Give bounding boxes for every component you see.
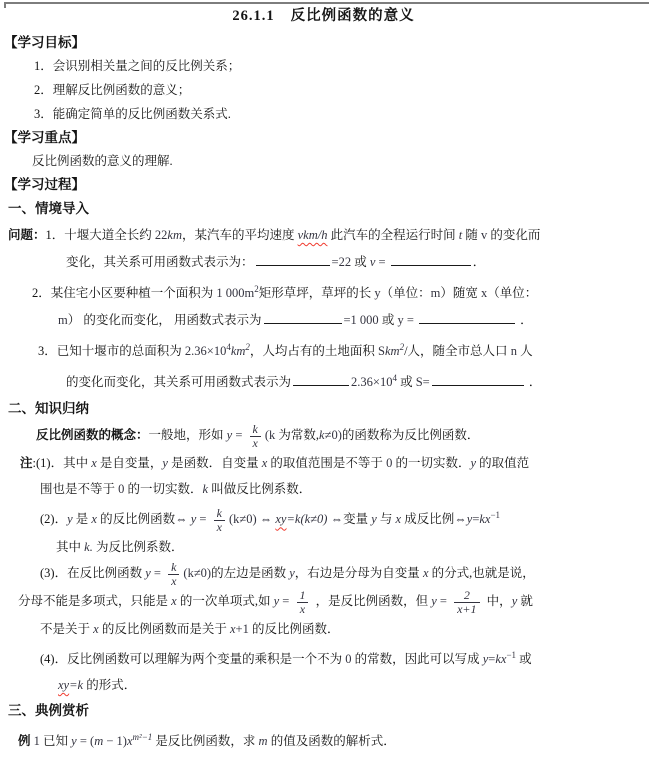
text-segment: kx bbox=[479, 512, 490, 526]
text-segment: S bbox=[378, 344, 385, 358]
text-line: (2)．y 是 x 的反比例函数⇔ y = kx(k≠0) ⇔ xy=k(k≠0… bbox=[2, 502, 645, 534]
text-segment: 或 bbox=[351, 255, 370, 269]
text-segment: 矩形草坪，草坪的长 bbox=[259, 286, 375, 300]
text-segment: (4)．反比例函数可以理解为两个变量的乘积是一个不为 bbox=[40, 652, 345, 666]
text-line: 的变化而变化，其关系可用函数式表示为2.36×104 或 S= ． bbox=[2, 364, 645, 396]
fill-in-blank bbox=[293, 372, 349, 386]
text-line: (3)．在反比例函数 y = kx(k≠0)的左边是函数 y，右边是分母为自变量… bbox=[2, 560, 645, 588]
text-segment: 随 bbox=[462, 228, 481, 242]
text-segment: 的变化而变化，其关系可用函数式表示为 bbox=[66, 375, 291, 389]
text-segment: =k bbox=[69, 678, 83, 692]
fill-in-blank bbox=[419, 310, 515, 324]
text-segment: 注 bbox=[20, 456, 33, 470]
text-segment: :(1)．其中 bbox=[33, 456, 92, 470]
text-segment: ，人均占有的土地面积 bbox=[250, 344, 378, 358]
text-segment: 的值及函数的解析式． bbox=[268, 734, 396, 748]
text-segment: 的取值范围是不等于 bbox=[267, 456, 386, 470]
text-segment: km bbox=[231, 344, 246, 358]
text-segment: 分母不能是多项式，只能是 bbox=[18, 594, 171, 608]
text-segment: km bbox=[167, 228, 182, 242]
text-segment: 1．会识别相关量之间的反比例关系； bbox=[34, 59, 240, 73]
text-segment: 的形式． bbox=[83, 678, 136, 692]
text-line: 3．能确定简单的反比例函数关系式. bbox=[2, 102, 645, 126]
text-segment: 的取值范 bbox=[476, 456, 529, 470]
text-segment: 反比例函数的意义的理解. bbox=[32, 154, 173, 168]
text-segment: 的常数，因此可以写成 bbox=[351, 652, 482, 666]
text-segment: 例 bbox=[18, 734, 31, 748]
text-segment: 一、情境导入 bbox=[8, 201, 89, 216]
text-segment: 的反比例函数而是关于 bbox=[99, 622, 230, 636]
fraction-numerator: k bbox=[214, 507, 225, 520]
page-title-number: 26.1.1 bbox=[232, 8, 274, 24]
text-segment: 2.36×10 bbox=[351, 375, 392, 389]
text-segment: 1 bbox=[31, 734, 44, 748]
text-segment: 的一次单项式,如 bbox=[177, 594, 274, 608]
text-segment: 已知 bbox=[43, 734, 71, 748]
text-line: 【学习目标】 bbox=[2, 31, 645, 54]
text-segment: =22 bbox=[332, 255, 352, 269]
text-segment: (k≠0) bbox=[229, 512, 260, 526]
text-segment: 的函数称为反比例函数． bbox=[342, 428, 480, 442]
fraction-denominator: x bbox=[214, 520, 225, 534]
document-page: 26.1.1反比例函数的意义 【学习目标】1．会识别相关量之间的反比例关系；2．… bbox=[0, 0, 649, 754]
text-segment: 就 bbox=[517, 594, 533, 608]
math-superscript: m²−1 bbox=[133, 732, 153, 742]
text-segment: 1 000 bbox=[216, 286, 244, 300]
text-segment: 2．某住宅小区要种植一个面积为 bbox=[32, 286, 216, 300]
text-segment: 为常数, bbox=[275, 428, 319, 442]
text-line: 1．会识别相关量之间的反比例关系； bbox=[2, 54, 645, 78]
text-segment: 或 bbox=[397, 375, 416, 389]
text-segment: (k≠0) bbox=[183, 566, 211, 580]
text-segment: k. bbox=[84, 540, 93, 554]
text-line: 不是关于 x 的反比例函数而是关于 x+1 的反比例函数． bbox=[2, 616, 645, 642]
text-line: 2．某住宅小区要种植一个面积为 1 000m2矩形草坪，草坪的长 y（单位：m）… bbox=[2, 276, 645, 306]
text-line: 反比例函数的意义的理解. bbox=[2, 149, 645, 173]
text-segment: 的一切实数． bbox=[392, 456, 470, 470]
document-body: 【学习目标】1．会识别相关量之间的反比例关系；2．理解反比例函数的意义；3．能确… bbox=[2, 31, 645, 754]
text-segment: 2．理解反比例函数的意义； bbox=[34, 83, 190, 97]
fill-in-blank bbox=[264, 310, 342, 324]
text-segment: 【学习过程】 bbox=[4, 177, 85, 192]
text-segment: （单位： bbox=[487, 286, 537, 300]
text-line: 一、情境导入 bbox=[2, 196, 645, 222]
text-line: 变化，其关系可用函数式表示为：=22 或 v = ． bbox=[2, 248, 645, 276]
text-segment: ⇔ bbox=[454, 512, 467, 526]
spellcheck-squiggle-text: xy bbox=[58, 678, 69, 692]
text-segment: S= bbox=[416, 375, 430, 389]
text-segment: m bbox=[94, 734, 103, 748]
text-segment: 人 bbox=[517, 344, 533, 358]
text-segment: 是函数．自变量 bbox=[168, 456, 262, 470]
text-segment: 的一切实数． bbox=[124, 482, 202, 496]
text-line: m） 的变化而变化， 用函数式表示为=1 000 或 y = ． bbox=[2, 306, 645, 334]
text-line: 例 1 已知 y = (m − 1)xm²−1 是反比例函数，求 m 的值及函数… bbox=[2, 724, 645, 754]
text-segment: 与 bbox=[377, 512, 396, 526]
text-segment: 是自变量， bbox=[97, 456, 163, 470]
text-line: 【学习重点】 bbox=[2, 126, 645, 149]
text-line: 问题：1．十堰大道全长约 22km，某汽车的平均速度 vkm/h 此汽车的全程运… bbox=[2, 222, 645, 248]
text-segment: 22 bbox=[155, 228, 168, 242]
text-segment: （单位： bbox=[381, 286, 431, 300]
text-line: 围也是不等于 0 的一切实数．k 叫做反比例系数． bbox=[2, 476, 645, 502]
text-segment: ⇔ bbox=[260, 512, 276, 526]
math-fraction: 2x+1 bbox=[454, 589, 479, 616]
text-segment: ． bbox=[526, 375, 542, 389]
spellcheck-squiggle-text: vkm/h bbox=[298, 228, 328, 242]
math-fraction: kx bbox=[168, 561, 179, 588]
text-segment: (k bbox=[265, 428, 275, 442]
text-segment: ） 的变化而变化， 用函数式表示为 bbox=[68, 313, 262, 327]
text-segment: kx bbox=[495, 652, 506, 666]
text-segment: +1 bbox=[236, 622, 249, 636]
text-segment: 成反比例 bbox=[401, 512, 454, 526]
text-segment: (2)． bbox=[40, 512, 67, 526]
spellcheck-squiggle-text: xy bbox=[275, 512, 286, 526]
fill-in-blank bbox=[391, 252, 471, 266]
text-segment: 【学习重点】 bbox=[4, 130, 85, 145]
text-segment: 中， bbox=[484, 594, 512, 608]
text-segment: =1 000 bbox=[344, 313, 379, 327]
text-segment: 是 bbox=[73, 512, 92, 526]
text-segment: = bbox=[232, 428, 245, 442]
text-segment: 的反比例函数 bbox=[97, 512, 175, 526]
fraction-denominator: x bbox=[250, 436, 261, 450]
text-segment: 【学习目标】 bbox=[4, 35, 85, 50]
text-segment: ，右边是分母为自变量 bbox=[295, 566, 423, 580]
text-segment: 的变化而 bbox=[487, 228, 540, 242]
text-segment: ． bbox=[473, 255, 486, 269]
text-segment: 3．能确定简单的反比例函数关系式. bbox=[34, 107, 231, 121]
text-segment: ，某汽车的平均速度 bbox=[182, 228, 298, 242]
text-segment: 变化，其关系可用函数式表示为： bbox=[66, 255, 254, 269]
text-segment: m bbox=[431, 286, 441, 300]
text-segment: 问题： bbox=[8, 228, 46, 242]
math-fraction: 1x bbox=[296, 589, 308, 616]
text-line: 【学习过程】 bbox=[2, 173, 645, 196]
math-fraction: kx bbox=[214, 507, 225, 534]
text-segment: ）随宽 bbox=[440, 286, 481, 300]
text-segment: = bbox=[375, 255, 388, 269]
text-segment: ≠0) bbox=[325, 428, 342, 442]
math-superscript: −1 bbox=[490, 510, 500, 520]
text-segment: =k(k≠0) bbox=[286, 512, 327, 526]
text-line: 其中 k. 为反比例系数． bbox=[2, 534, 645, 560]
text-segment: 或 bbox=[516, 652, 532, 666]
fill-in-blank bbox=[256, 252, 330, 266]
text-line: xy=k 的形式． bbox=[2, 672, 645, 698]
fraction-denominator: x+1 bbox=[454, 602, 479, 616]
text-line: 三、典例赏析 bbox=[2, 698, 645, 724]
math-fraction: kx bbox=[250, 423, 261, 450]
text-segment: 为反比例系数． bbox=[93, 540, 184, 554]
text-segment: ． bbox=[517, 313, 533, 327]
page-title: 26.1.1反比例函数的意义 bbox=[2, 5, 645, 27]
text-segment: /人，随全市总人口 bbox=[404, 344, 511, 358]
fill-in-blank bbox=[432, 372, 524, 386]
text-segment: 是反比例函数，求 bbox=[152, 734, 258, 748]
text-segment: 叫做反比例系数． bbox=[208, 482, 311, 496]
text-segment: 1．十堰大道全长约 bbox=[46, 228, 155, 242]
text-segment: = bbox=[404, 313, 417, 327]
fraction-numerator: k bbox=[250, 423, 261, 436]
text-line: 注:(1)．其中 x 是自变量，y 是函数．自变量 x 的取值范围是不等于 0 … bbox=[2, 450, 645, 476]
text-segment: m bbox=[259, 734, 268, 748]
text-segment: m bbox=[58, 313, 68, 327]
text-line: 3．已知十堰市的总面积为 2.36×104km2，人均占有的土地面积 Skm2/… bbox=[2, 334, 645, 364]
text-segment: 变量 bbox=[343, 512, 371, 526]
text-segment: = bbox=[151, 566, 164, 580]
text-segment: 3．已知十堰市的总面积为 bbox=[38, 344, 185, 358]
text-segment: ⇔ bbox=[331, 512, 344, 526]
text-segment: = ( bbox=[77, 734, 94, 748]
text-segment: 或 bbox=[379, 313, 398, 327]
fraction-denominator: x bbox=[297, 602, 308, 616]
page-title-text: 反比例函数的意义 bbox=[291, 8, 415, 24]
fraction-numerator: 2 bbox=[461, 589, 473, 602]
text-segment: km bbox=[385, 344, 400, 358]
fraction-numerator: 1 bbox=[296, 589, 308, 602]
text-segment: 不是关于 bbox=[40, 622, 93, 636]
text-segment: ⇔ bbox=[175, 512, 191, 526]
text-line: (4)．反比例函数可以理解为两个变量的乘积是一个不为 0 的常数，因此可以写成 … bbox=[2, 642, 645, 672]
text-segment: 的左边是函数 bbox=[211, 566, 289, 580]
text-segment: 一般地，形如 bbox=[149, 428, 227, 442]
text-segment: 围也是不等于 bbox=[40, 482, 118, 496]
text-line: 2．理解反比例函数的意义； bbox=[2, 78, 645, 102]
text-segment: 的反比例函数． bbox=[249, 622, 340, 636]
text-segment: 二、知识归纳 bbox=[8, 401, 89, 416]
text-segment: 此汽车的全程运行时间 bbox=[327, 228, 458, 242]
fraction-numerator: k bbox=[168, 561, 179, 574]
text-segment: 2.36×10 bbox=[185, 344, 226, 358]
text-segment: 其中 bbox=[56, 540, 84, 554]
fraction-denominator: x bbox=[168, 574, 179, 588]
text-segment: 的分式,也就是说， bbox=[429, 566, 535, 580]
text-segment: = bbox=[196, 512, 209, 526]
text-line: 分母不能是多项式，只能是 x 的一次单项式,如 y = 1x ，是反比例函数，但… bbox=[2, 588, 645, 616]
text-segment: − 1) bbox=[103, 734, 127, 748]
text-segment: m bbox=[245, 286, 255, 300]
text-segment: (3)．在反比例函数 bbox=[40, 566, 145, 580]
text-segment: ，是反比例函数，但 bbox=[312, 594, 431, 608]
text-line: 二、知识归纳 bbox=[2, 396, 645, 422]
text-segment: 三、典例赏析 bbox=[8, 703, 89, 718]
math-superscript: −1 bbox=[506, 650, 516, 660]
text-segment: = bbox=[437, 594, 450, 608]
text-segment: = bbox=[279, 594, 292, 608]
text-line: 反比例函数的概念：一般地，形如 y = kx(k 为常数,k≠0)的函数称为反比… bbox=[2, 422, 645, 450]
text-segment: 反比例函数的概念： bbox=[36, 428, 149, 442]
